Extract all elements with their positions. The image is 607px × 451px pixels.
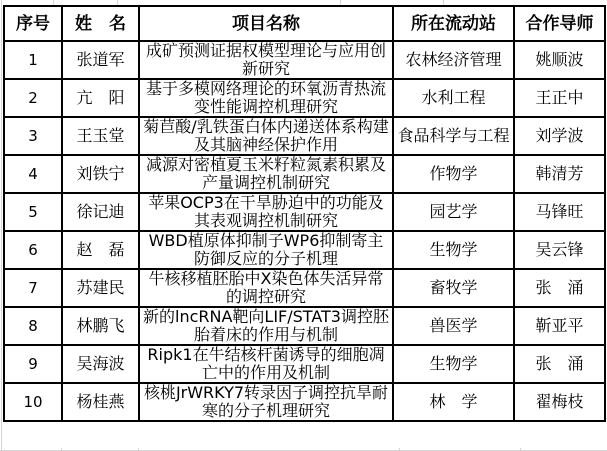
cell-no: 9	[4, 345, 62, 383]
table-row: 8林鹏飞新的lncRNA靶向LIF/STAT3调控胚胎着床的作用与机制兽医学靳亚…	[4, 307, 605, 345]
cell-project: 核桃JrWRKY7转录因子调控抗旱耐寒的分子机理研究	[139, 383, 393, 421]
cell-station: 生物学	[393, 231, 514, 269]
postdoc-projects-table: 序号姓 名项目名称所在流动站合作导师 1张道军成矿预测证据权模型理论与应用创新研…	[3, 5, 606, 422]
cell-no: 1	[4, 41, 62, 79]
cell-station: 农林经济管理	[393, 41, 514, 79]
cell-project: Ripk1在牛结核杆菌诱导的细胞凋亡中的作用及机制	[139, 345, 393, 383]
cell-station: 作物学	[393, 155, 514, 193]
cell-station: 林 学	[393, 383, 514, 421]
cell-no: 8	[4, 307, 62, 345]
cell-no: 4	[4, 155, 62, 193]
cell-no: 2	[4, 79, 62, 117]
column-header-no: 序号	[4, 6, 62, 41]
cell-project: 新的lncRNA靶向LIF/STAT3调控胚胎着床的作用与机制	[139, 307, 393, 345]
cell-project: 成矿预测证据权模型理论与应用创新研究	[139, 41, 393, 79]
cell-project: WBD植原体抑制子WP6抑制寄主防御反应的分子机理	[139, 231, 393, 269]
cell-name: 亢 阳	[62, 79, 139, 117]
cell-advisor: 吴云锋	[514, 231, 605, 269]
cell-project: 牛核移植胚胎中X染色体失活异常的调控研究	[139, 269, 393, 307]
table-row: 3王玉堂菊苣酸/乳铁蛋白体内递送体系构建及其脑神经保护作用食品科学与工程刘学波	[4, 117, 605, 155]
cell-name: 徐记迪	[62, 193, 139, 231]
cell-station: 畜牧学	[393, 269, 514, 307]
cell-advisor: 马锋旺	[514, 193, 605, 231]
column-header-advisor: 合作导师	[514, 6, 605, 41]
cell-advisor: 张 涌	[514, 345, 605, 383]
header-row: 序号姓 名项目名称所在流动站合作导师	[4, 6, 605, 41]
cell-station: 兽医学	[393, 307, 514, 345]
table-header: 序号姓 名项目名称所在流动站合作导师	[4, 6, 605, 41]
cell-project: 苹果OCP3在干旱胁迫中的功能及其表观调控机制研究	[139, 193, 393, 231]
table-body: 1张道军成矿预测证据权模型理论与应用创新研究农林经济管理姚顺波2亢 阳基于多模网…	[4, 41, 605, 421]
cell-no: 10	[4, 383, 62, 421]
cell-advisor: 韩清芳	[514, 155, 605, 193]
cell-advisor: 张 涌	[514, 269, 605, 307]
column-header-station: 所在流动站	[393, 6, 514, 41]
column-header-project: 项目名称	[139, 6, 393, 41]
cell-station: 生物学	[393, 345, 514, 383]
cell-advisor: 刘学波	[514, 117, 605, 155]
cell-no: 7	[4, 269, 62, 307]
cell-name: 吴海波	[62, 345, 139, 383]
cell-no: 6	[4, 231, 62, 269]
cell-advisor: 姚顺波	[514, 41, 605, 79]
table-row: 10杨桂燕核桃JrWRKY7转录因子调控抗旱耐寒的分子机理研究林 学翟梅枝	[4, 383, 605, 421]
cell-name: 林鹏飞	[62, 307, 139, 345]
table-row: 6赵 磊WBD植原体抑制子WP6抑制寄主防御反应的分子机理生物学吴云锋	[4, 231, 605, 269]
cell-station: 水利工程	[393, 79, 514, 117]
cell-name: 杨桂燕	[62, 383, 139, 421]
cell-name: 赵 磊	[62, 231, 139, 269]
table-row: 4刘铁宁减源对密植夏玉米籽粒氮素积累及产量调控机制研究作物学韩清芳	[4, 155, 605, 193]
cell-advisor: 靳亚平	[514, 307, 605, 345]
table-row: 1张道军成矿预测证据权模型理论与应用创新研究农林经济管理姚顺波	[4, 41, 605, 79]
cell-station: 园艺学	[393, 193, 514, 231]
cell-no: 5	[4, 193, 62, 231]
cell-advisor: 翟梅枝	[514, 383, 605, 421]
cell-name: 张道军	[62, 41, 139, 79]
cell-name: 王玉堂	[62, 117, 139, 155]
cell-no: 3	[4, 117, 62, 155]
table-row: 7苏建民牛核移植胚胎中X染色体失活异常的调控研究畜牧学张 涌	[4, 269, 605, 307]
cell-station: 食品科学与工程	[393, 117, 514, 155]
table-row: 9吴海波Ripk1在牛结核杆菌诱导的细胞凋亡中的作用及机制生物学张 涌	[4, 345, 605, 383]
column-header-name: 姓 名	[62, 6, 139, 41]
table-row: 5徐记迪苹果OCP3在干旱胁迫中的功能及其表观调控机制研究园艺学马锋旺	[4, 193, 605, 231]
cell-name: 苏建民	[62, 269, 139, 307]
cell-project: 基于多模网络理论的环氧沥青热流变性能调控机理研究	[139, 79, 393, 117]
gridline-left-edge	[1, 0, 2, 451]
table-row: 2亢 阳基于多模网络理论的环氧沥青热流变性能调控机理研究水利工程王正中	[4, 79, 605, 117]
cell-name: 刘铁宁	[62, 155, 139, 193]
cell-project: 菊苣酸/乳铁蛋白体内递送体系构建及其脑神经保护作用	[139, 117, 393, 155]
cell-advisor: 王正中	[514, 79, 605, 117]
spreadsheet-canvas: 序号姓 名项目名称所在流动站合作导师 1张道军成矿预测证据权模型理论与应用创新研…	[0, 0, 607, 451]
cell-project: 减源对密植夏玉米籽粒氮素积累及产量调控机制研究	[139, 155, 393, 193]
